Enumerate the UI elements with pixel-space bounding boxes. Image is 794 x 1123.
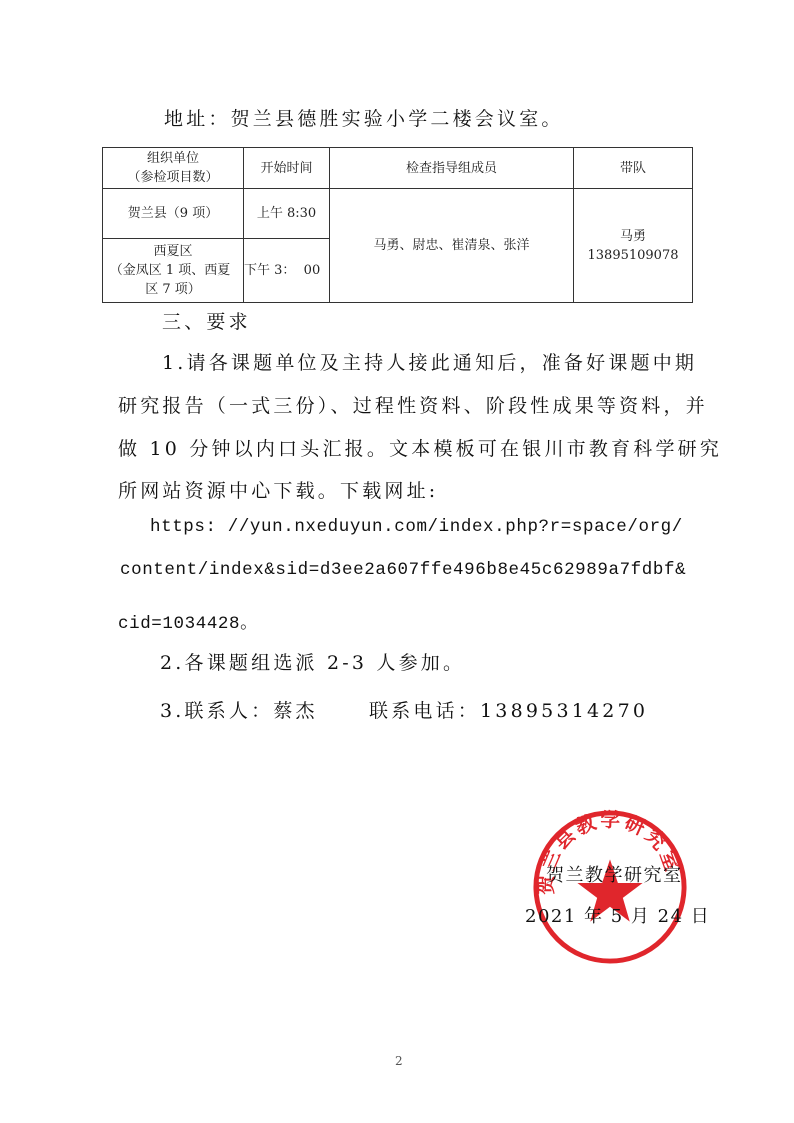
unit-cell: 西夏区 （金凤区 1 项、西夏 区 7 项）	[103, 239, 244, 303]
req1-line3: 做 10 分钟以内口头汇报。文本模板可在银川市教育科学研究	[118, 438, 722, 460]
leader-cell: 马勇 13895109078	[574, 189, 693, 303]
leader-name: 马勇	[574, 227, 692, 246]
req3-phone: 联系电话：13895314270	[369, 700, 648, 722]
leader-phone: 13895109078	[574, 246, 692, 265]
table-header-row: 组织单位 （参检项目数） 开始时间 检查指导组成员 带队	[103, 148, 693, 189]
schedule-table: 组织单位 （参检项目数） 开始时间 检查指导组成员 带队 贺兰县（9 项） 上午…	[102, 147, 693, 303]
table-row: 贺兰县（9 项） 上午 8:30 马勇、尉忠、崔清泉、张洋 马勇 1389510…	[103, 189, 693, 239]
header-leader: 带队	[574, 148, 693, 189]
official-seal-icon: 贺兰县教学研究室	[531, 808, 689, 966]
header-members: 检查指导组成员	[330, 148, 574, 189]
req1-line2: 研究报告（一式三份）、过程性资料、阶段性成果等资料，并	[118, 395, 708, 417]
req2: 2.各课题组选派 2-3 人参加。	[160, 652, 465, 674]
download-url-line3[interactable]: cid=1034428。	[118, 609, 258, 634]
unit-cell: 贺兰县（9 项）	[103, 189, 244, 239]
time-cell: 下午 3： 00	[244, 239, 330, 303]
header-time: 开始时间	[244, 148, 330, 189]
page-number: 2	[395, 1054, 403, 1068]
req1-line4: 所网站资源中心下载。下载网址:	[118, 480, 438, 502]
signature-date: 2021 年 5 月 24 日	[525, 902, 710, 928]
section-title: 三、要求	[162, 311, 251, 333]
signature-org: 贺兰教学研究室	[546, 861, 683, 887]
download-url-line1[interactable]: https: //yun.nxeduyun.com/index.php?r=sp…	[150, 517, 683, 537]
members-cell: 马勇、尉忠、崔清泉、张洋	[330, 189, 574, 303]
time-cell: 上午 8:30	[244, 189, 330, 239]
req1-line1: 1.请各课题单位及主持人接此通知后，准备好课题中期	[162, 352, 697, 374]
address-line: 地址：贺兰县德胜实验小学二楼会议室。	[164, 108, 564, 130]
download-url-line2[interactable]: content/index&sid=d3ee2a607ffe496b8e45c6…	[120, 560, 686, 580]
header-unit: 组织单位 （参检项目数）	[103, 148, 244, 189]
req3-contact: 3.联系人：蔡杰	[160, 700, 318, 722]
